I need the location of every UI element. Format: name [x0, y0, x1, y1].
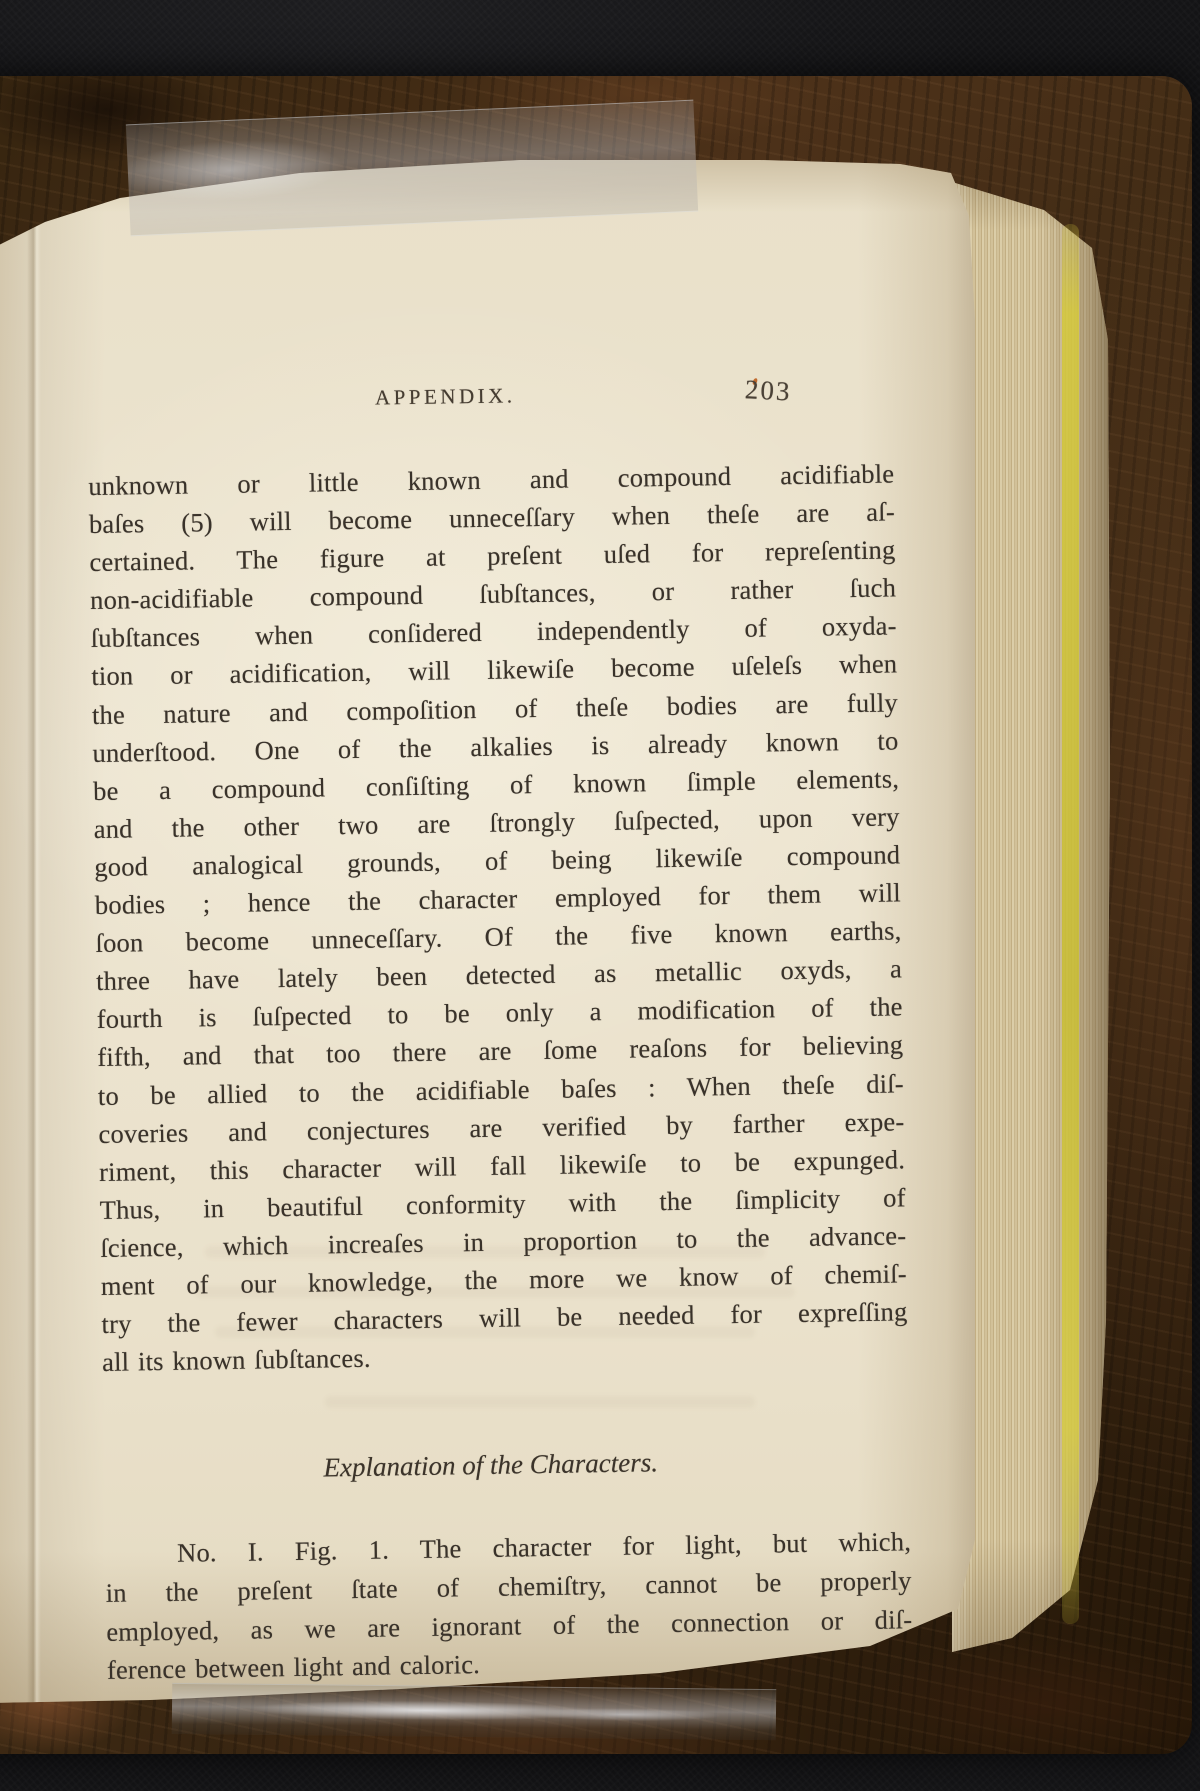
running-head-title: APPENDIX.	[375, 383, 516, 410]
page-number: 203	[744, 374, 792, 407]
gutter-crease	[27, 160, 41, 1706]
repair-tape-bottom	[172, 1683, 777, 1740]
main-paragraph: unknown or little known and compound aci…	[88, 454, 908, 1381]
book-page: APPENDIX. 203 unknown or little known an…	[0, 160, 977, 1706]
book-photo-scene: APPENDIX. 203 unknown or little known an…	[0, 0, 1200, 1791]
printed-text: APPENDIX. 203 unknown or little known an…	[87, 373, 913, 1690]
section-heading: Explanation of the Characters.	[88, 1442, 894, 1489]
page-fore-edge	[952, 170, 1110, 1658]
fore-edge-yellow-strip	[1062, 224, 1079, 1624]
running-head: APPENDIX. 203	[87, 373, 893, 420]
